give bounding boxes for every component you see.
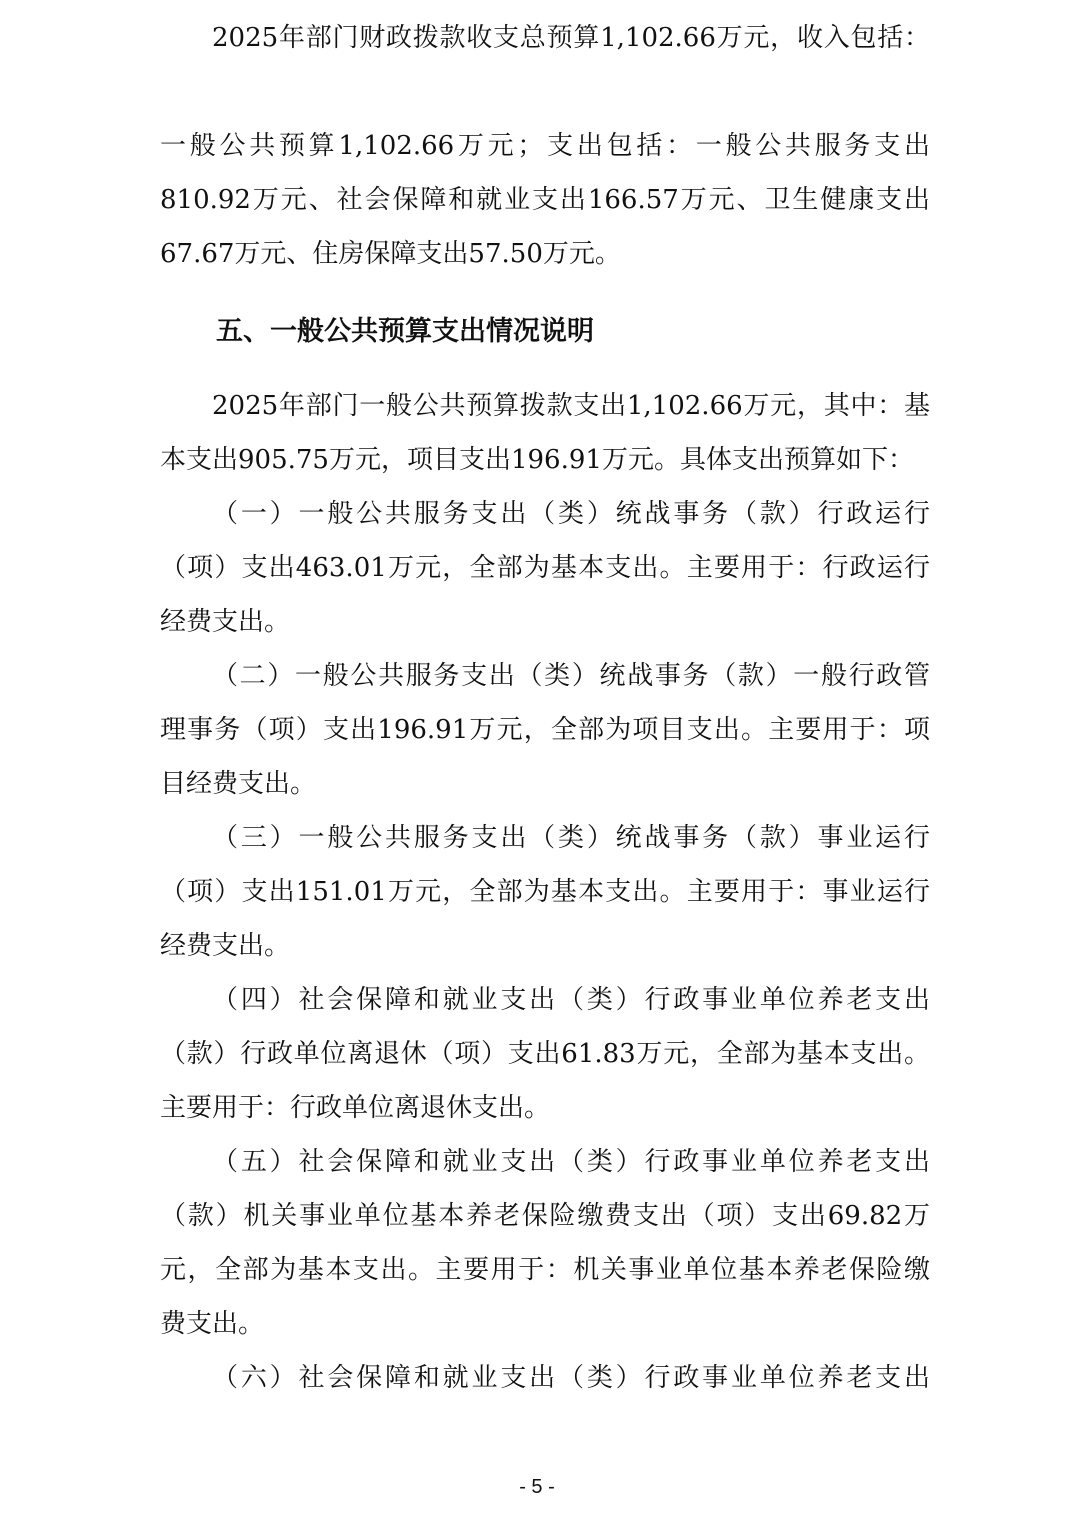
section-heading: 五、一般公共预算支出情况说明: [216, 310, 594, 354]
paragraph-5-line-1: （三）一般公共服务支出（类）统战事务（款）事业运行: [212, 818, 930, 858]
paragraph-7-line-1: （五）社会保障和就业支出（类）行政事业单位养老支出: [212, 1142, 930, 1182]
paragraph-2-line-2: 本支出905.75万元，项目支出196.91万元。具体支出预算如下：: [160, 440, 930, 480]
paragraph-1-line-2: 一般公共预算1,102.66万元；支出包括：一般公共服务支出: [160, 126, 930, 166]
paragraph-6-line-1: （四）社会保障和就业支出（类）行政事业单位养老支出: [212, 980, 930, 1020]
paragraph-6-line-3: 主要用于：行政单位离退休支出。: [160, 1088, 930, 1128]
paragraph-4-line-1: （二）一般公共服务支出（类）统战事务（款）一般行政管: [212, 656, 930, 696]
paragraph-1-line-4: 67.67万元、住房保障支出57.50万元。: [160, 234, 930, 274]
paragraph-4-line-3: 目经费支出。: [160, 764, 930, 804]
paragraph-4-line-2: 理事务（项）支出196.91万元，全部为项目支出。主要用于：项: [160, 710, 930, 750]
paragraph-5-line-2: （项）支出151.01万元，全部为基本支出。主要用于：事业运行: [160, 872, 930, 912]
paragraph-3-line-3: 经费支出。: [160, 602, 930, 642]
paragraph-3-line-2: （项）支出463.01万元，全部为基本支出。主要用于：行政运行: [160, 548, 930, 588]
paragraph-2-line-1: 2025年部门一般公共预算拨款支出1,102.66万元，其中：基: [212, 386, 930, 426]
paragraph-7-line-4: 费支出。: [160, 1304, 930, 1344]
paragraph-1-line-3: 810.92万元、社会保障和就业支出166.57万元、卫生健康支出: [160, 180, 930, 220]
page-number: - 5 -: [0, 1476, 1074, 1499]
paragraph-3-line-1: （一）一般公共服务支出（类）统战事务（款）行政运行: [212, 494, 930, 534]
paragraph-6-line-2: （款）行政单位离退休（项）支出61.83万元，全部为基本支出。: [160, 1034, 930, 1074]
paragraph-1-line-1: 2025年部门财政拨款收支总预算1,102.66万元，收入包括：: [212, 18, 930, 58]
paragraph-7-line-2: （款）机关事业单位基本养老保险缴费支出（项）支出69.82万: [160, 1196, 930, 1236]
document-page: 2025年部门财政拨款收支总预算1,102.66万元，收入包括： 一般公共预算1…: [0, 0, 1074, 1520]
paragraph-8-line-1: （六）社会保障和就业支出（类）行政事业单位养老支出: [212, 1358, 930, 1398]
paragraph-5-line-3: 经费支出。: [160, 926, 930, 966]
paragraph-7-line-3: 元，全部为基本支出。主要用于：机关事业单位基本养老保险缴: [160, 1250, 930, 1290]
